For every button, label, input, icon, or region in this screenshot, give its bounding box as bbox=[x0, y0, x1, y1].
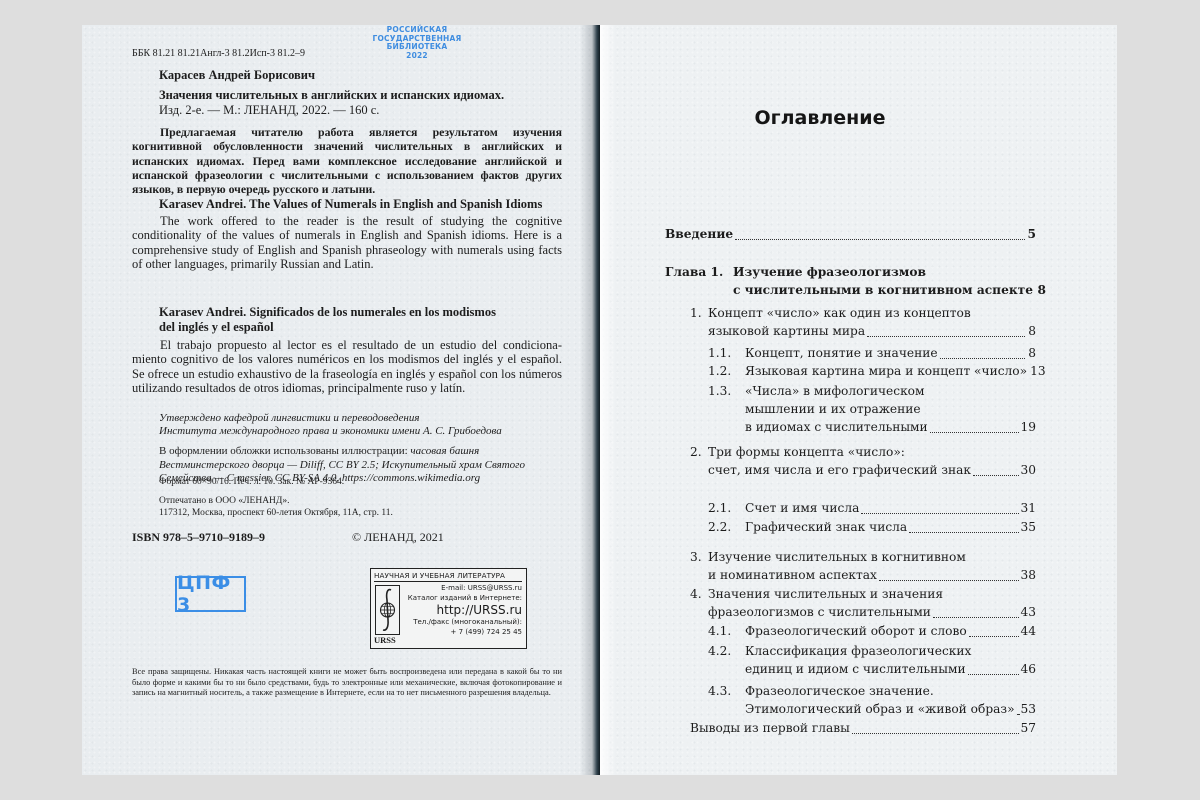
dot-leader bbox=[933, 617, 1020, 618]
toc-page-number: 8 bbox=[1026, 322, 1036, 340]
toc-entry-number: 4.3. bbox=[708, 682, 731, 700]
toc-entry-title: Выводы из первой главы bbox=[690, 719, 850, 737]
heading-es-line: del inglés y el español bbox=[159, 320, 559, 335]
toc-entry-number: 4.1. bbox=[708, 622, 731, 640]
toc-entry-title: фразеологизмов с числительными bbox=[708, 603, 931, 621]
toc-entry-number: 1.2. bbox=[708, 362, 731, 380]
toc-entry-number: 4. bbox=[690, 585, 702, 603]
toc-entry-title: Концепт, понятие и значение bbox=[745, 344, 938, 362]
table-of-contents: Введение5Глава 1.Изучение фразеологизмов… bbox=[600, 25, 1117, 775]
toc-entry-number: 1. bbox=[690, 304, 702, 322]
stamp-line: 2022 bbox=[352, 52, 482, 61]
urss-email: E-mail: URSS@URSS.ru bbox=[408, 584, 522, 594]
toc-entry-number: 4.2. bbox=[708, 642, 731, 660]
cpf-stamp: ЦПФ 3 bbox=[175, 576, 246, 612]
imprint: Изд. 2-е. — М.: ЛЕНАНД, 2022. — 160 с. bbox=[159, 103, 379, 118]
toc-entry-title: в идиомах с числительными bbox=[745, 418, 928, 436]
toc-entry-title: Счет и имя числа bbox=[745, 499, 859, 517]
toc-entry-number: Глава 1. bbox=[665, 263, 723, 281]
toc-page-number: 8 bbox=[1036, 281, 1046, 299]
print-format: Формат 60×90/16. Печ. л. 10. Зак. № АР-9… bbox=[159, 477, 344, 487]
dot-leader bbox=[930, 432, 1020, 433]
abstract-ru-text: Предлагаемая читателю работа является ре… bbox=[132, 125, 562, 196]
abstract-ru: Предлагаемая читателю работа является ре… bbox=[132, 125, 562, 196]
approval-line: Института международного права и экономи… bbox=[159, 425, 502, 438]
toc-page-number: 57 bbox=[1020, 719, 1036, 737]
toc-page-number: 38 bbox=[1020, 566, 1036, 584]
approval-note: Утверждено кафедрой лингвистики и перево… bbox=[159, 412, 502, 438]
toc-entry-title: Три формы концепта «число»: bbox=[708, 443, 905, 461]
abstract-en: The work offered to the reader is the re… bbox=[132, 214, 562, 271]
dot-leader bbox=[973, 475, 1019, 476]
toc-entry-title: Этимологический образ и «живой образ» bbox=[745, 700, 1015, 718]
toc-entry-title: Изучение фразеологизмов bbox=[733, 263, 926, 281]
toc-entry-title: Классификация фразеологических bbox=[745, 642, 971, 660]
toc-page-number: 19 bbox=[1020, 418, 1036, 436]
toc-entry-title: с числительными в когнитивном аспекте bbox=[733, 281, 1033, 299]
author-name: Карасев Андрей Борисович bbox=[159, 68, 315, 83]
urss-url: http://URSS.ru bbox=[408, 603, 522, 618]
heading-es-line: Karasev Andrei. Significados de los nume… bbox=[159, 305, 559, 320]
toc-entry-number: 2.2. bbox=[708, 518, 731, 536]
right-page: Оглавление Введение5Глава 1.Изучение фра… bbox=[600, 25, 1117, 775]
heading-en: Karasev Andrei. The Values of Numerals i… bbox=[159, 197, 542, 212]
dot-leader bbox=[969, 636, 1020, 637]
left-page: ББК 81.21 81.21Англ-3 81.2Исп-3 81.2–9 Р… bbox=[82, 25, 600, 775]
toc-entry-title: Изучение числительных в когнитивном bbox=[708, 548, 966, 566]
toc-entry-number: 1.1. bbox=[708, 344, 731, 362]
cover-credits-lead: В оформлении обложки использованы иллюст… bbox=[159, 445, 410, 457]
urss-phone: + 7 (499) 724 25 45 bbox=[408, 628, 522, 638]
toc-entry-number: 2. bbox=[690, 443, 702, 461]
toc-page-number: 35 bbox=[1020, 518, 1036, 536]
bbk-code: ББК 81.21 81.21Англ-3 81.2Исп-3 81.2–9 bbox=[132, 48, 305, 59]
toc-entry-title: мышлении и их отражение bbox=[745, 400, 921, 418]
toc-entry-title: «Числа» в мифологическом bbox=[745, 382, 925, 400]
book-title-ru: Значения числительных в английских и исп… bbox=[159, 88, 504, 103]
dot-leader bbox=[968, 674, 1020, 675]
dot-leader bbox=[852, 733, 1020, 734]
toc-entry-title: Языковая картина мира и концепт «число» bbox=[745, 362, 1027, 380]
toc-page-number: 53 bbox=[1020, 700, 1036, 718]
toc-entry-title: Фразеологическое значение. bbox=[745, 682, 934, 700]
copyright: © ЛЕНАНД, 2021 bbox=[352, 530, 444, 545]
dot-leader bbox=[1017, 714, 1020, 715]
dot-leader bbox=[867, 336, 1025, 337]
dot-leader bbox=[861, 513, 1019, 514]
toc-entry-title: Значения числительных и значения bbox=[708, 585, 943, 603]
printer-info: Отпечатано в ООО «ЛЕНАНД». 117312, Москв… bbox=[159, 495, 393, 519]
toc-entry-title: счет, имя числа и его графический знак bbox=[708, 461, 971, 479]
toc-page-number: 44 bbox=[1020, 622, 1036, 640]
library-stamp: РОССИЙСКАЯ ГОСУДАРСТВЕННАЯ БИБЛИОТЕКА 20… bbox=[352, 26, 482, 60]
heading-es: Karasev Andrei. Significados de los nume… bbox=[159, 305, 559, 335]
isbn: ISBN 978–5–9710–9189–9 bbox=[132, 530, 265, 545]
toc-entry-number: 3. bbox=[690, 548, 702, 566]
dot-leader bbox=[879, 580, 1020, 581]
rights-notice: Все права защищены. Никакая часть настоя… bbox=[132, 667, 562, 699]
urss-header: НАУЧНАЯ И УЧЕБНАЯ ЛИТЕРАТУРА bbox=[374, 571, 522, 582]
urss-logo-text: URSS bbox=[374, 635, 396, 645]
dot-leader bbox=[909, 532, 1019, 533]
toc-entry-title: Графический знак числа bbox=[745, 518, 907, 536]
printer-address: 117312, Москва, проспект 60-летия Октябр… bbox=[159, 507, 393, 519]
integral-globe-icon bbox=[375, 585, 400, 635]
toc-entry-number: 2.1. bbox=[708, 499, 731, 517]
urss-publisher-box: НАУЧНАЯ И УЧЕБНАЯ ЛИТЕРАТУРА URSS E-mail… bbox=[370, 568, 527, 649]
toc-entry-title: Фразеологический оборот и слово bbox=[745, 622, 967, 640]
toc-entry-title: единиц и идиом с числительными bbox=[745, 660, 966, 678]
urss-phone-label: Тел./факс (многоканальный): bbox=[408, 618, 522, 628]
toc-page-number: 46 bbox=[1020, 660, 1036, 678]
dot-leader bbox=[735, 239, 1025, 240]
abstract-es-text: El trabajo propuesto al lector es el res… bbox=[132, 338, 562, 395]
printer-line: Отпечатано в ООО «ЛЕНАНД». bbox=[159, 495, 393, 507]
toc-entry-title: и номинативном аспектах bbox=[708, 566, 877, 584]
abstract-es: El trabajo propuesto al lector es el res… bbox=[132, 338, 562, 395]
toc-entry-title: Введение bbox=[665, 225, 733, 243]
dot-leader bbox=[940, 358, 1025, 359]
toc-page-number: 43 bbox=[1020, 603, 1036, 621]
toc-page-number: 5 bbox=[1026, 225, 1036, 243]
toc-page-number: 30 bbox=[1020, 461, 1036, 479]
spine-shadow bbox=[580, 25, 600, 775]
abstract-en-text: The work offered to the reader is the re… bbox=[132, 214, 562, 271]
toc-entry-title: языковой картины мира bbox=[708, 322, 865, 340]
urss-contacts: E-mail: URSS@URSS.ru Каталог изданий в И… bbox=[408, 584, 522, 637]
toc-entry-title: Концепт «число» как один из концептов bbox=[708, 304, 971, 322]
urss-catalog-label: Каталог изданий в Интернете: bbox=[408, 594, 522, 604]
toc-entry-number: 1.3. bbox=[708, 382, 731, 400]
toc-page-number: 31 bbox=[1020, 499, 1036, 517]
toc-page-number: 13 bbox=[1030, 362, 1046, 380]
toc-page-number: 8 bbox=[1026, 344, 1036, 362]
approval-line: Утверждено кафедрой лингвистики и перево… bbox=[159, 412, 502, 425]
